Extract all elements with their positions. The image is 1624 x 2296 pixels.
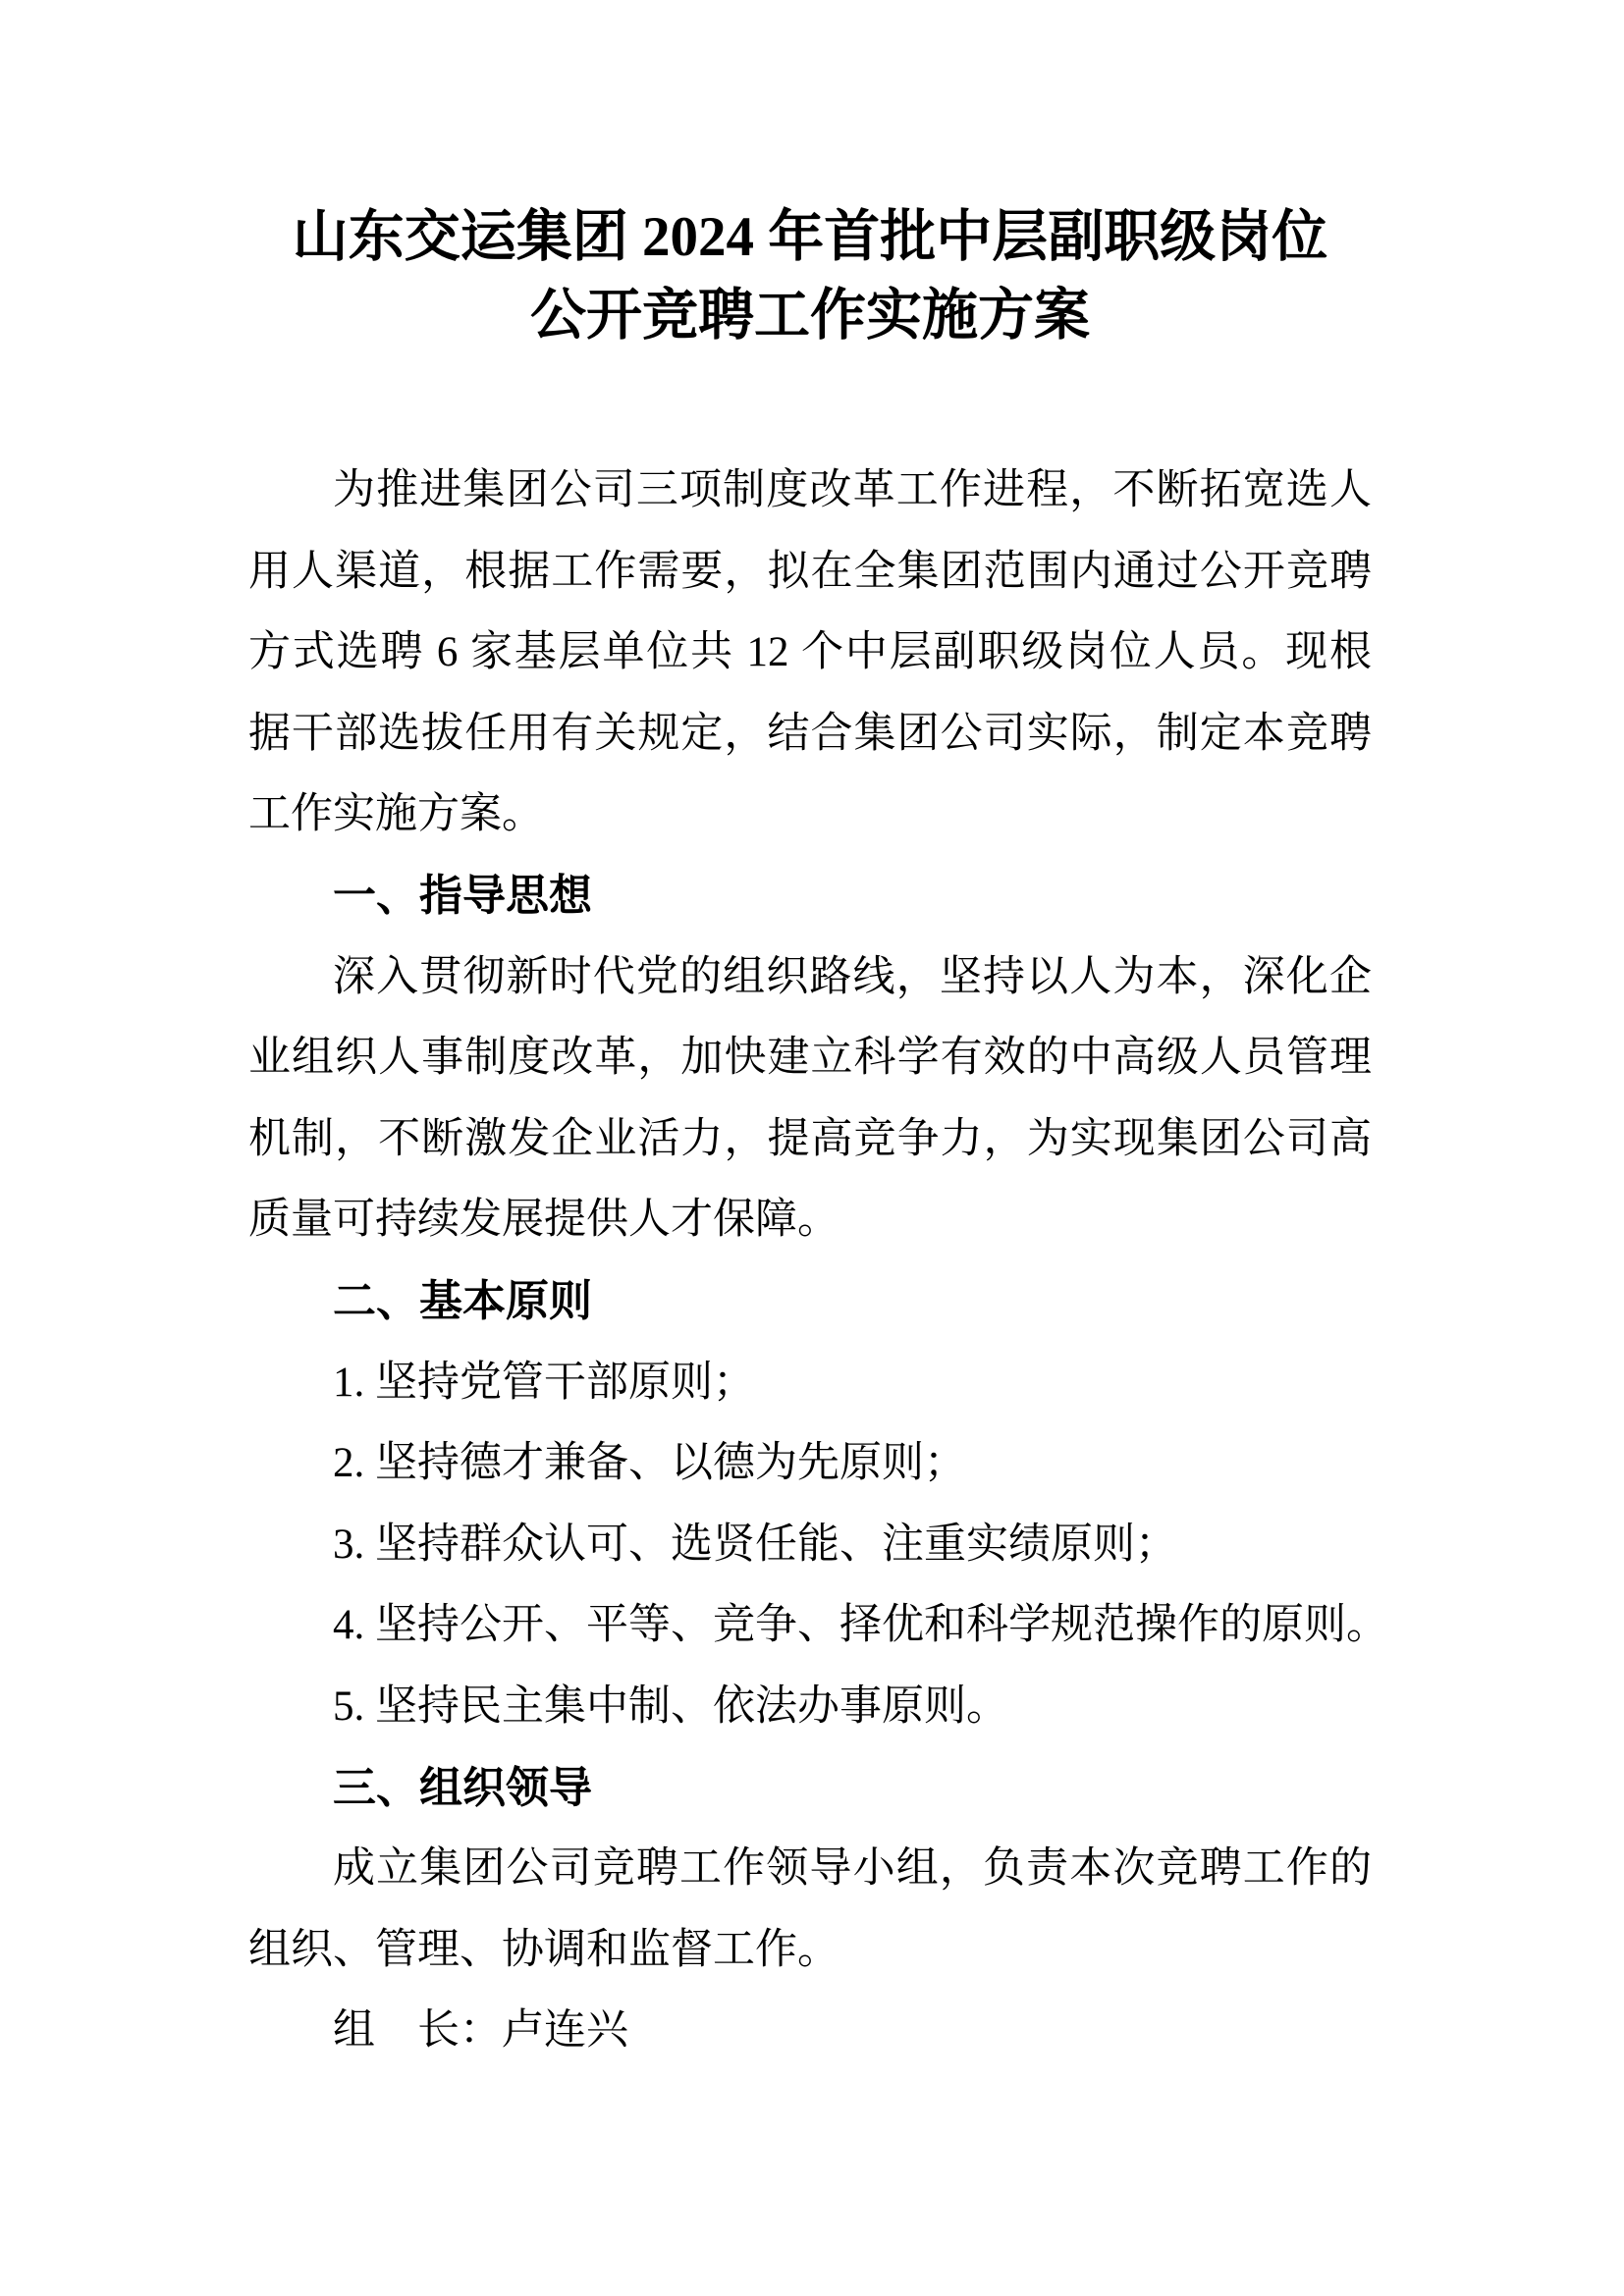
paragraph-line: 深入贯彻新时代党的组织路线，坚持以人为本，深化企 <box>248 937 1372 1019</box>
title-line-2: 公开竞聘工作实施方案 <box>248 277 1372 355</box>
list-item-1: 1. 坚持党管干部原则； <box>248 1343 1372 1424</box>
paragraph-line: 方式选聘 6 家基层单位共 12 个中层副职级岗位人员。现根 <box>248 613 1372 694</box>
section-heading-2: 二、基本原则 <box>248 1261 1372 1343</box>
section-heading-3: 三、组织领导 <box>248 1748 1372 1830</box>
doc-body: 为推进集团公司三项制度改革工作进程，不断拓宽选人 用人渠道，根据工作需要，拟在全… <box>248 451 1372 2072</box>
list-item-3: 3. 坚持群众认可、选贤任能、注重实绩原则； <box>248 1505 1372 1586</box>
section-organization-leadership: 三、组织领导 成立集团公司竞聘工作领导小组，负责本次竞聘工作的 组织、管理、协调… <box>248 1748 1372 2072</box>
paragraph-line: 业组织人事制度改革，加快建立科学有效的中高级人员管理 <box>248 1018 1372 1099</box>
paragraph-line: 组织、管理、协调和监督工作。 <box>248 1910 1372 1992</box>
section-basic-principles: 二、基本原则 1. 坚持党管干部原则； 2. 坚持德才兼备、以德为先原则； 3.… <box>248 1261 1372 1748</box>
doc-title: 山东交运集团 2024 年首批中层副职级岗位 公开竞聘工作实施方案 <box>248 198 1372 355</box>
paragraph-line: 机制，不断激发企业活力，提高竞争力，为实现集团公司高 <box>248 1099 1372 1181</box>
list-item-5: 5. 坚持民主集中制、依法办事原则。 <box>248 1667 1372 1748</box>
leader-line: 组 长：卢连兴 <box>248 1991 1372 2072</box>
document-page: 山东交运集团 2024 年首批中层副职级岗位 公开竞聘工作实施方案 为推进集团公… <box>0 0 1624 2296</box>
title-line-1: 山东交运集团 2024 年首批中层副职级岗位 <box>248 198 1372 277</box>
intro-paragraph: 为推进集团公司三项制度改革工作进程，不断拓宽选人 用人渠道，根据工作需要，拟在全… <box>248 451 1372 856</box>
section-heading-1: 一、指导思想 <box>248 856 1372 937</box>
document-content: 山东交运集团 2024 年首批中层副职级岗位 公开竞聘工作实施方案 为推进集团公… <box>248 198 1372 2072</box>
paragraph-line: 据干部选拔任用有关规定，结合集团公司实际，制定本竞聘 <box>248 694 1372 775</box>
paragraph-line: 成立集团公司竞聘工作领导小组，负责本次竞聘工作的 <box>248 1829 1372 1910</box>
list-item-2: 2. 坚持德才兼备、以德为先原则； <box>248 1423 1372 1505</box>
paragraph-line: 为推进集团公司三项制度改革工作进程，不断拓宽选人 <box>248 451 1372 532</box>
paragraph-line: 用人渠道，根据工作需要，拟在全集团范围内通过公开竞聘 <box>248 532 1372 614</box>
list-item-4: 4. 坚持公开、平等、竞争、择优和科学规范操作的原则。 <box>248 1585 1372 1667</box>
section-guiding-ideology: 一、指导思想 深入贯彻新时代党的组织路线，坚持以人为本，深化企 业组织人事制度改… <box>248 856 1372 1261</box>
paragraph-line: 工作实施方案。 <box>248 774 1372 856</box>
paragraph-line: 质量可持续发展提供人才保障。 <box>248 1180 1372 1261</box>
